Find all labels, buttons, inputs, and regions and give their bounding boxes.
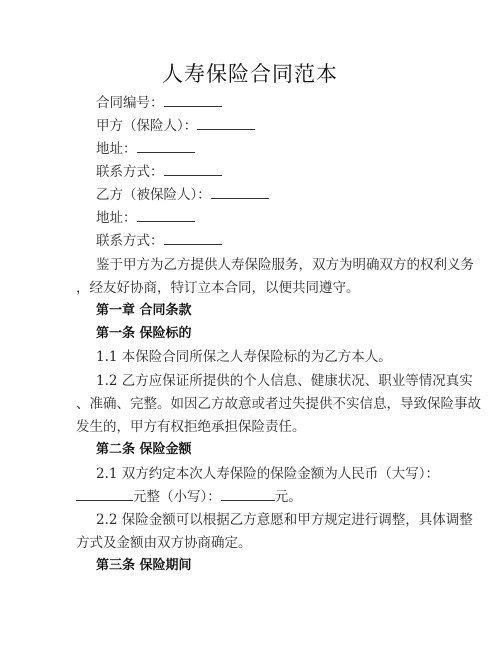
blank-party-b-address <box>137 209 195 222</box>
blank-party-b <box>211 186 269 199</box>
article-1-heading: 第一条 保险标的 <box>96 325 192 343</box>
field-contract-number: 合同编号： <box>96 94 222 112</box>
blank-contract-number <box>164 94 222 107</box>
field-label: 地址： <box>96 210 137 226</box>
field-party-b-address: 地址： <box>96 209 195 227</box>
field-party-a: 甲方（保险人）： <box>96 117 255 135</box>
blank-amount-lowercase <box>221 488 275 501</box>
clause-2-2-line-2: 方式及金额由双方协商确定。 <box>76 534 252 552</box>
field-label: 乙方（被保险人）： <box>96 187 211 203</box>
preamble-line-2: ，经友好协商，特订立本合同，以便共同遵守。 <box>76 279 360 297</box>
document-title: 人寿保险合同范本 <box>0 58 500 88</box>
article-3-heading: 第三条 保险期间 <box>96 557 192 575</box>
clause-1-1: 1.1 本保险合同所保之人寿保险标的为乙方本人。 <box>96 348 392 366</box>
field-label: 甲方（保险人）： <box>96 118 197 134</box>
field-label: 联系方式： <box>96 164 164 180</box>
clause-2-1-line-1: 2.1 双方约定本次人寿保险的保险金额为人民币（大写）： <box>96 465 439 483</box>
field-party-b-contact: 联系方式： <box>96 232 222 250</box>
article-2-heading: 第二条 保险金额 <box>96 441 192 459</box>
field-party-a-contact: 联系方式： <box>96 163 222 181</box>
blank-amount-uppercase <box>76 488 133 501</box>
field-party-b: 乙方（被保险人）： <box>96 186 269 204</box>
clause-2-2-line-1: 2.2 保险金额可以根据乙方意愿和甲方规定进行调整，具体调整 <box>96 511 473 529</box>
field-label: 地址： <box>96 141 137 157</box>
document-page: 人寿保险合同范本 合同编号： 甲方（保险人）： 地址： 联系方式： 乙方（被保险… <box>0 0 500 647</box>
field-label: 合同编号： <box>96 95 164 111</box>
blank-party-a-address <box>137 140 195 153</box>
clause-2-1-line-2: 元整（小写）：元。 <box>76 488 302 506</box>
amount-uppercase-suffix: 元整（小写）： <box>133 489 221 505</box>
field-label: 联系方式： <box>96 233 164 249</box>
blank-party-b-contact <box>164 232 222 245</box>
preamble-line-1: 鉴于甲方为乙方提供人寿保险服务，双方为明确双方的权利义务 <box>96 256 474 274</box>
field-party-a-address: 地址： <box>96 140 195 158</box>
blank-party-a-contact <box>164 163 222 176</box>
blank-party-a <box>197 117 255 130</box>
clause-1-2-line-3: 发生的，甲方有权拒绝承担保险责任。 <box>76 418 306 436</box>
chapter-1-heading: 第一章 合同条款 <box>96 302 192 320</box>
clause-1-2-line-2: 、准确、完整。如因乙方故意或者过失提供不实信息，导致保险事故 <box>76 395 481 413</box>
clause-1-2-line-1: 1.2 乙方应保证所提供的个人信息、健康状况、职业等情况真实 <box>96 372 473 390</box>
amount-lowercase-suffix: 元。 <box>275 489 302 505</box>
